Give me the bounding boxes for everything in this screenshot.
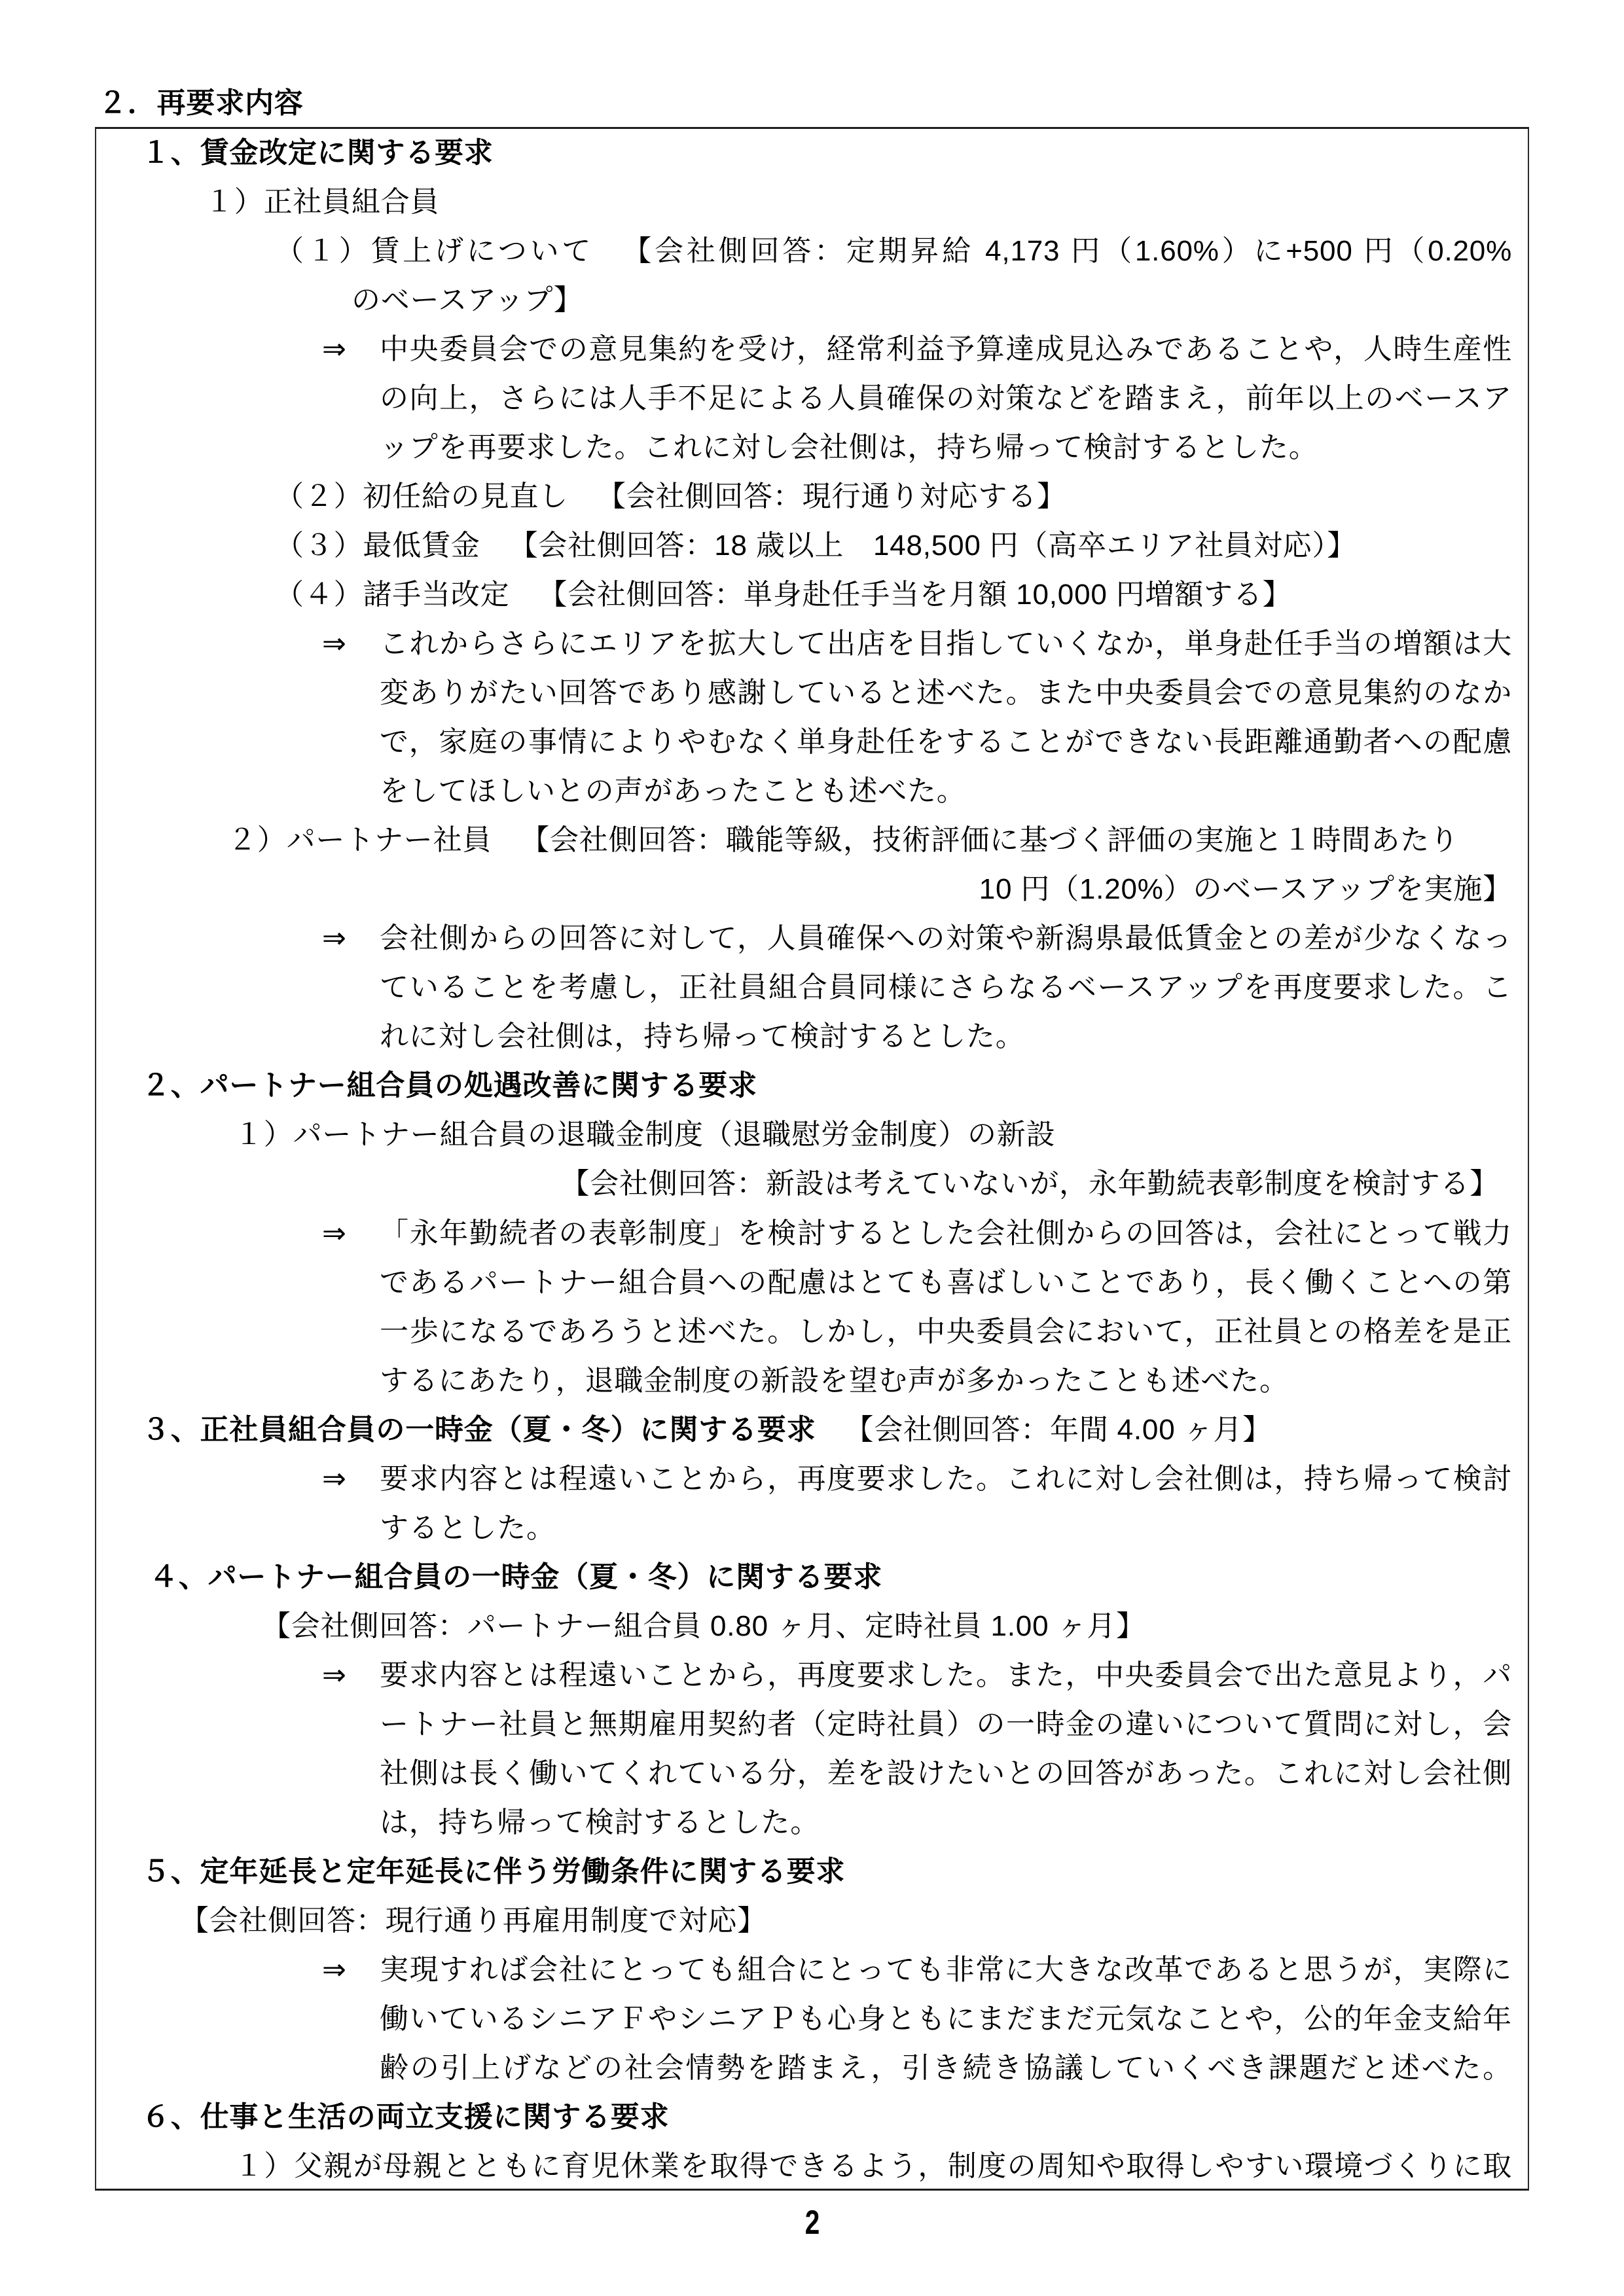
company-answer: 【会社側回答：現行通り対応する】 — [597, 480, 1066, 512]
comment-text: 「永年勤続者の表彰制度」を検討するとした会社側からの回答は，会社にとって戦力 — [380, 1209, 1512, 1258]
comment-text: であるパートナー組合員への配慮はとても喜ばしいことであり，長く働くことへの第 — [380, 1258, 1512, 1307]
page-number: 2 — [787, 2198, 838, 2248]
comment-line: ⇒要求内容とは程遠いことから，再度要求した。これに対し会社側は，持ち帰って検討 — [95, 1454, 1529, 1503]
arrow-icon: ⇒ — [322, 1945, 380, 1994]
demands-box: １、賃金改定に関する要求 １）正社員組合員 （１）賃上げについて【会社側回答：定… — [95, 127, 1529, 2191]
group-line: ２）パートナー社員【会社側回答：職能等級，技術評価に基づく評価の実施と１時間あた… — [95, 816, 1529, 865]
item-heading: ４、パートナー組合員の一時金（夏・冬）に関する要求 — [95, 1552, 1529, 1602]
demands-content: １、賃金改定に関する要求 １）正社員組合員 （１）賃上げについて【会社側回答：定… — [95, 128, 1529, 2191]
comment-text: ップを再要求した。これに対し会社側は，持ち帰って検討するとした。 — [95, 423, 1529, 472]
comment-text: 要求内容とは程遠いことから，再度要求した。また，中央委員会で出た意見より，パ — [380, 1651, 1512, 1700]
item-heading: ３、正社員組合員の一時金（夏・冬）に関する要求 — [141, 1414, 816, 1446]
demand-item-partner-treatment: ２、パートナー組合員の処遇改善に関する要求 １）パートナー組合員の退職金制度（退… — [95, 1061, 1529, 1405]
entry-line: （１）賃上げについて【会社側回答：定期昇給 4,173 円（1.60%）に+50… — [275, 226, 1512, 276]
company-answer: 【会社側回答：新設は考えていないが，永年勤続表彰制度を検討する】 — [95, 1159, 1529, 1208]
comment-line: ⇒実現すれば会社にとっても組合にとっても非常に大きな改革であると思うが，実際に — [95, 1945, 1529, 1994]
comment-text: 働いているシニアＦやシニアＰも心身ともにまだまだ元気なことや，公的年金支給年 — [380, 1994, 1512, 2043]
arrow-icon: ⇒ — [322, 619, 380, 668]
entry-title: （３）最低賃金 — [275, 529, 480, 562]
company-answer-cont: 10 円（1.20%）のベースアップを実施】 — [95, 865, 1529, 914]
company-answer: 【会社側回答：18 歳以上 148,500 円（高卒エリア社員対応）】 — [509, 529, 1356, 562]
comment-text: するとした。 — [95, 1503, 1529, 1552]
comment-text: 会社側からの回答に対して，人員確保への対策や新潟県最低賃金との差が少なくなっ — [380, 914, 1512, 963]
comment-text: 要求内容とは程遠いことから，再度要求した。これに対し会社側は，持ち帰って検討 — [380, 1454, 1512, 1503]
entry-title: （４）諸手当改定 — [275, 579, 509, 611]
demand-item-wage-revision: １、賃金改定に関する要求 １）正社員組合員 （１）賃上げについて【会社側回答：定… — [95, 128, 1529, 1062]
company-answer: 【会社側回答：年間 4.00 ヶ月】 — [844, 1414, 1272, 1446]
comment-line: ⇒要求内容とは程遠いことから，再度要求した。また，中央委員会で出た意見より，パ — [95, 1651, 1529, 1700]
comment-text: れに対し会社側は，持ち帰って検討するとした。 — [95, 1012, 1529, 1061]
comment-text: 実現すれば会社にとっても組合にとっても非常に大きな改革であると思うが，実際に — [380, 1945, 1512, 1994]
item-heading: １、賃金改定に関する要求 — [95, 128, 1529, 177]
entry-line: （３）最低賃金【会社側回答：18 歳以上 148,500 円（高卒エリア社員対応… — [95, 521, 1529, 570]
comment-text: をしてほしいとの声があったことも述べた。 — [95, 766, 1529, 816]
section-title: ２．再要求内容 — [98, 79, 304, 128]
company-answer-cont: のベースアップ】 — [95, 276, 1529, 325]
group-label: １）正社員組合員 — [95, 177, 1529, 226]
arrow-icon: ⇒ — [322, 1209, 380, 1258]
company-answer: 【会社側回答：現行通り再雇用制度で対応】 — [95, 1896, 1529, 1945]
group-label: ２）パートナー社員 — [228, 824, 492, 856]
demand-item-partner-bonus: ４、パートナー組合員の一時金（夏・冬）に関する要求 【会社側回答：パートナー組合… — [95, 1552, 1529, 1847]
item-heading: ５、定年延長と定年延長に伴う労働条件に関する要求 — [95, 1847, 1529, 1896]
company-answer: 【会社側回答：定期昇給 4,173 円（1.60%）に+500 円（0.20% — [623, 235, 1512, 267]
comment-text: ていることを考慮し，正社員組合員同様にさらなるベースアップを再度要求した。こ — [380, 963, 1512, 1012]
company-answer: 【会社側回答：職能等級，技術評価に基づく評価の実施と１時間あたり — [520, 824, 1459, 856]
entry-title: （１）賃上げについて — [275, 235, 594, 267]
group-label: １）父親が母親とともに育児休業を取得できるよう，制度の周知や取得しやすい環境づく… — [234, 2142, 1512, 2191]
comment-text: するにあたり，退職金制度の新設を望む声が多かったことも述べた。 — [95, 1356, 1529, 1405]
demand-item-retirement-extension: ５、定年延長と定年延長に伴う労働条件に関する要求 【会社側回答：現行通り再雇用制… — [95, 1847, 1529, 2092]
arrow-icon: ⇒ — [322, 1651, 380, 1700]
comment-text: の向上，さらには人手不足による人員確保の対策などを踏まえ，前年以上のベースア — [380, 374, 1512, 423]
comment-text: ートナー社員と無期雇用契約者（定時社員）の一時金の違いについて質問に対し，会 — [380, 1700, 1512, 1749]
comment-text: これからさらにエリアを拡大して出店を目指していくなか，単身赴任手当の増額は大 — [380, 619, 1512, 668]
arrow-icon: ⇒ — [322, 914, 380, 963]
company-answer: 【会社側回答：パートナー組合員 0.80 ヶ月、定時社員 1.00 ヶ月】 — [95, 1602, 1529, 1651]
comment-line: ⇒「永年勤続者の表彰制度」を検討するとした会社側からの回答は，会社にとって戦力 — [95, 1209, 1529, 1258]
arrow-icon: ⇒ — [322, 1454, 380, 1503]
item-heading: ２、パートナー組合員の処遇改善に関する要求 — [95, 1061, 1529, 1110]
item-heading-line: ３、正社員組合員の一時金（夏・冬）に関する要求【会社側回答：年間 4.00 ヶ月… — [95, 1405, 1529, 1454]
item-heading: ６、仕事と生活の両立支援に関する要求 — [95, 2092, 1529, 2142]
comment-text: 社側は長く働いてくれている分，差を設けたいとの回答があった。これに対し会社側 — [380, 1749, 1512, 1798]
entry-title: （２）初任給の見直し — [275, 480, 568, 512]
company-answer: 【会社側回答：単身赴任手当を月額 10,000 円増額する】 — [538, 579, 1291, 611]
demand-item-regular-bonus: ３、正社員組合員の一時金（夏・冬）に関する要求【会社側回答：年間 4.00 ヶ月… — [95, 1405, 1529, 1552]
comment-line: ⇒会社側からの回答に対して，人員確保への対策や新潟県最低賃金との差が少なくなっ — [95, 914, 1529, 963]
arrow-icon: ⇒ — [322, 325, 380, 374]
comment-text: は，持ち帰って検討するとした。 — [95, 1798, 1529, 1847]
comment-text: 一歩になるであろうと述べた。しかし，中央委員会において，正社員との格差を是正 — [380, 1307, 1512, 1356]
comment-line: ⇒中央委員会での意見集約を受け，経常利益予算達成見込みであることや，人時生産性 — [95, 325, 1529, 374]
entry-line: （４）諸手当改定【会社側回答：単身赴任手当を月額 10,000 円増額する】 — [95, 570, 1529, 619]
entry-line: （２）初任給の見直し【会社側回答：現行通り対応する】 — [95, 472, 1529, 521]
document-page: ２．再要求内容 １、賃金改定に関する要求 １）正社員組合員 （１）賃上げについて… — [0, 0, 1624, 2296]
comment-line: ⇒これからさらにエリアを拡大して出店を目指していくなか，単身赴任手当の増額は大 — [95, 619, 1529, 668]
group-label: １）パートナー組合員の退職金制度（退職慰労金制度）の新設 — [95, 1110, 1529, 1159]
comment-text: 齢の引上げなどの社会情勢を踏まえ，引き続き協議していくべき課題だと述べた。 — [380, 2043, 1512, 2092]
comment-text: で，家庭の事情によりやむなく単身赴任をすることができない長距離通勤者への配慮 — [380, 717, 1512, 766]
comment-text: 変ありがたい回答であり感謝していると述べた。また中央委員会での意見集約のなか — [380, 668, 1512, 717]
comment-text: 中央委員会での意見集約を受け，経常利益予算達成見込みであることや，人時生産性 — [380, 325, 1512, 374]
demand-item-work-life-balance: ６、仕事と生活の両立支援に関する要求 １）父親が母親とともに育児休業を取得できる… — [95, 2092, 1529, 2191]
